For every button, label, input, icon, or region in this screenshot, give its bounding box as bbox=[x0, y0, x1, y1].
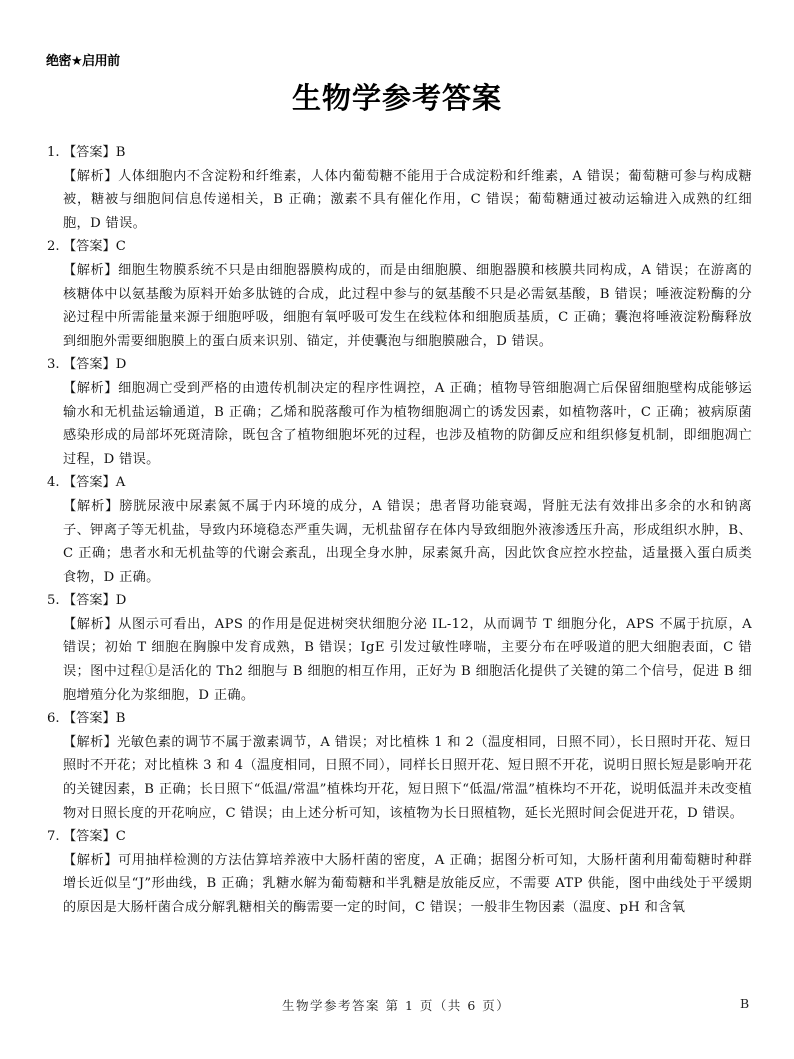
answer-line: 6.【答案】B bbox=[47, 707, 752, 731]
answer-label: 【答案】C bbox=[63, 239, 126, 254]
page-title: 生物学参考答案 bbox=[0, 76, 794, 117]
explanation-text: 【解析】可用抽样检测的方法估算培养液中大肠杆菌的密度，A 正确；据图分析可知，大… bbox=[63, 849, 752, 920]
question-number: 5. bbox=[47, 589, 63, 613]
question-number: 6. bbox=[47, 707, 63, 731]
answer-label: 【答案】B bbox=[63, 145, 125, 160]
answer-item-6: 6.【答案】B 【解析】光敏色素的调节不属于激素调节，A 错误；对比植株 1 和… bbox=[47, 707, 752, 825]
answer-line: 3.【答案】D bbox=[47, 353, 752, 377]
answer-line: 5.【答案】D bbox=[47, 589, 752, 613]
answer-line: 4.【答案】A bbox=[47, 471, 752, 495]
explanation-text: 【解析】膀胱尿液中尿素氮不属于内环境的成分，A 错误；患者肾功能衰竭，肾脏无法有… bbox=[63, 495, 752, 589]
question-number: 1. bbox=[47, 141, 63, 165]
answer-label: 【答案】A bbox=[63, 475, 125, 490]
explanation-text: 【解析】细胞生物膜系统不只是由细胞器膜构成的，而是由细胞膜、细胞器膜和核膜共同构… bbox=[63, 259, 752, 353]
answer-item-2: 2.【答案】C 【解析】细胞生物膜系统不只是由细胞器膜构成的，而是由细胞膜、细胞… bbox=[47, 235, 752, 353]
answer-label: 【答案】C bbox=[63, 829, 126, 844]
question-number: 3. bbox=[47, 353, 63, 377]
answer-item-7: 7.【答案】C 【解析】可用抽样检测的方法估算培养液中大肠杆菌的密度，A 正确；… bbox=[47, 825, 752, 919]
question-number: 7. bbox=[47, 825, 63, 849]
paper-version: B bbox=[740, 996, 749, 1011]
answer-item-4: 4.【答案】A 【解析】膀胱尿液中尿素氮不属于内环境的成分，A 错误；患者肾功能… bbox=[47, 471, 752, 589]
explanation-text: 【解析】细胞凋亡受到严格的由遗传机制决定的程序性调控，A 正确；植物导管细胞凋亡… bbox=[63, 377, 752, 471]
answer-label: 【答案】B bbox=[63, 711, 125, 726]
answer-line: 2.【答案】C bbox=[47, 235, 752, 259]
answer-label: 【答案】D bbox=[63, 357, 126, 372]
answer-list: 1.【答案】B 【解析】人体细胞内不含淀粉和纤维素，人体内葡萄糖不能用于合成淀粉… bbox=[47, 141, 752, 920]
answer-item-1: 1.【答案】B 【解析】人体细胞内不含淀粉和纤维素，人体内葡萄糖不能用于合成淀粉… bbox=[47, 141, 752, 235]
explanation-text: 【解析】人体细胞内不含淀粉和纤维素，人体内葡萄糖不能用于合成淀粉和纤维素，A 错… bbox=[63, 165, 752, 236]
explanation-text: 【解析】从图示可看出，APS 的作用是促进树突状细胞分泌 IL-12，从而调节 … bbox=[63, 613, 752, 707]
question-number: 4. bbox=[47, 471, 63, 495]
answer-item-3: 3.【答案】D 【解析】细胞凋亡受到严格的由遗传机制决定的程序性调控，A 正确；… bbox=[47, 353, 752, 471]
confidential-label: 绝密★启用前 bbox=[46, 50, 120, 69]
explanation-text: 【解析】光敏色素的调节不属于激素调节，A 错误；对比植株 1 和 2（温度相同，… bbox=[63, 731, 752, 825]
answer-item-5: 5.【答案】D 【解析】从图示可看出，APS 的作用是促进树突状细胞分泌 IL-… bbox=[47, 589, 752, 707]
answer-line: 7.【答案】C bbox=[47, 825, 752, 849]
answer-label: 【答案】D bbox=[63, 593, 126, 608]
page-number-info: 生物学参考答案 第 1 页（共 6 页） bbox=[282, 996, 510, 1014]
answer-line: 1.【答案】B bbox=[47, 141, 752, 165]
question-number: 2. bbox=[47, 235, 63, 259]
